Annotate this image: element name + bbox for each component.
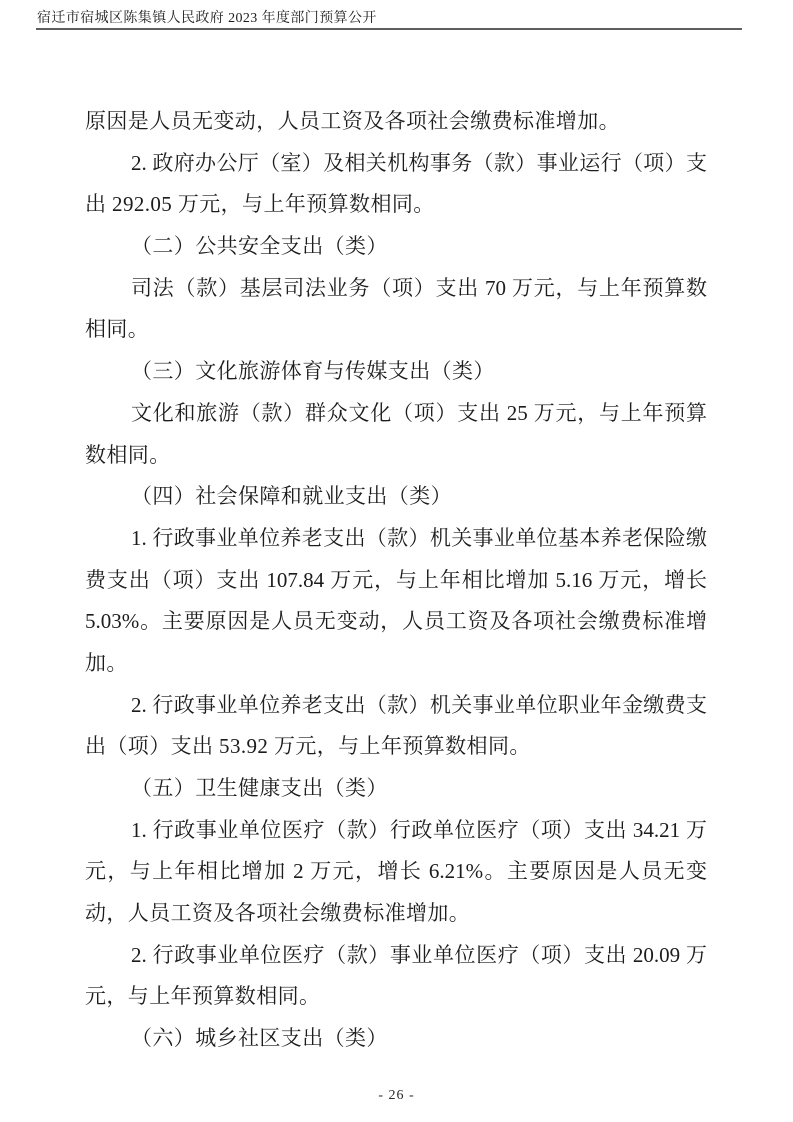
text-line: （二）公共安全支出（类）: [85, 226, 707, 268]
text-line: 出（项）支出 53.92 万元，与上年预算数相同。: [85, 726, 707, 768]
text-line: 数相同。: [85, 435, 707, 477]
text-line: 元，与上年相比增加 2 万元，增长 6.21%。主要原因是人员无变: [85, 851, 707, 893]
text-line: 1. 行政事业单位医疗（款）行政单位医疗（项）支出 34.21 万: [85, 810, 707, 852]
text-line: 动，人员工资及各项社会缴费标准增加。: [85, 893, 707, 935]
text-line: （四）社会保障和就业支出（类）: [85, 476, 707, 518]
text-line: （五）卫生健康支出（类）: [85, 768, 707, 810]
text-line: 原因是人员无变动，人员工资及各项社会缴费标准增加。: [85, 101, 707, 143]
text-line: 1. 行政事业单位养老支出（款）机关事业单位基本养老保险缴: [85, 518, 707, 560]
text-line: 费支出（项）支出 107.84 万元，与上年相比增加 5.16 万元，增长: [85, 560, 707, 602]
header-rule: [36, 28, 742, 30]
text-line: （六）城乡社区支出（类）: [85, 1018, 707, 1060]
text-line: 2. 政府办公厅（室）及相关机构事务（款）事业运行（项）支: [85, 143, 707, 185]
text-line: 出 292.05 万元，与上年预算数相同。: [85, 184, 707, 226]
text-line: 2. 行政事业单位养老支出（款）机关事业单位职业年金缴费支: [85, 685, 707, 727]
text-line: 2. 行政事业单位医疗（款）事业单位医疗（项）支出 20.09 万: [85, 935, 707, 977]
document-page: 宿迁市宿城区陈集镇人民政府 2023 年度部门预算公开 原因是人员无变动，人员工…: [0, 0, 793, 1122]
page-number: - 26 -: [378, 1088, 414, 1103]
page-header: 宿迁市宿城区陈集镇人民政府 2023 年度部门预算公开: [37, 10, 743, 27]
body-text: 原因是人员无变动，人员工资及各项社会缴费标准增加。2. 政府办公厅（室）及相关机…: [85, 101, 707, 1060]
text-line: 元，与上年预算数相同。: [85, 976, 707, 1018]
text-line: 5.03%。主要原因是人员无变动，人员工资及各项社会缴费标准增: [85, 601, 707, 643]
text-line: 司法（款）基层司法业务（项）支出 70 万元，与上年预算数: [85, 268, 707, 310]
page-footer: - 26 -: [0, 1086, 793, 1104]
text-line: 加。: [85, 643, 707, 685]
text-line: （三）文化旅游体育与传媒支出（类）: [85, 351, 707, 393]
header-title: 宿迁市宿城区陈集镇人民政府 2023 年度部门预算公开: [37, 10, 743, 27]
text-line: 相同。: [85, 309, 707, 351]
text-line: 文化和旅游（款）群众文化（项）支出 25 万元，与上年预算: [85, 393, 707, 435]
